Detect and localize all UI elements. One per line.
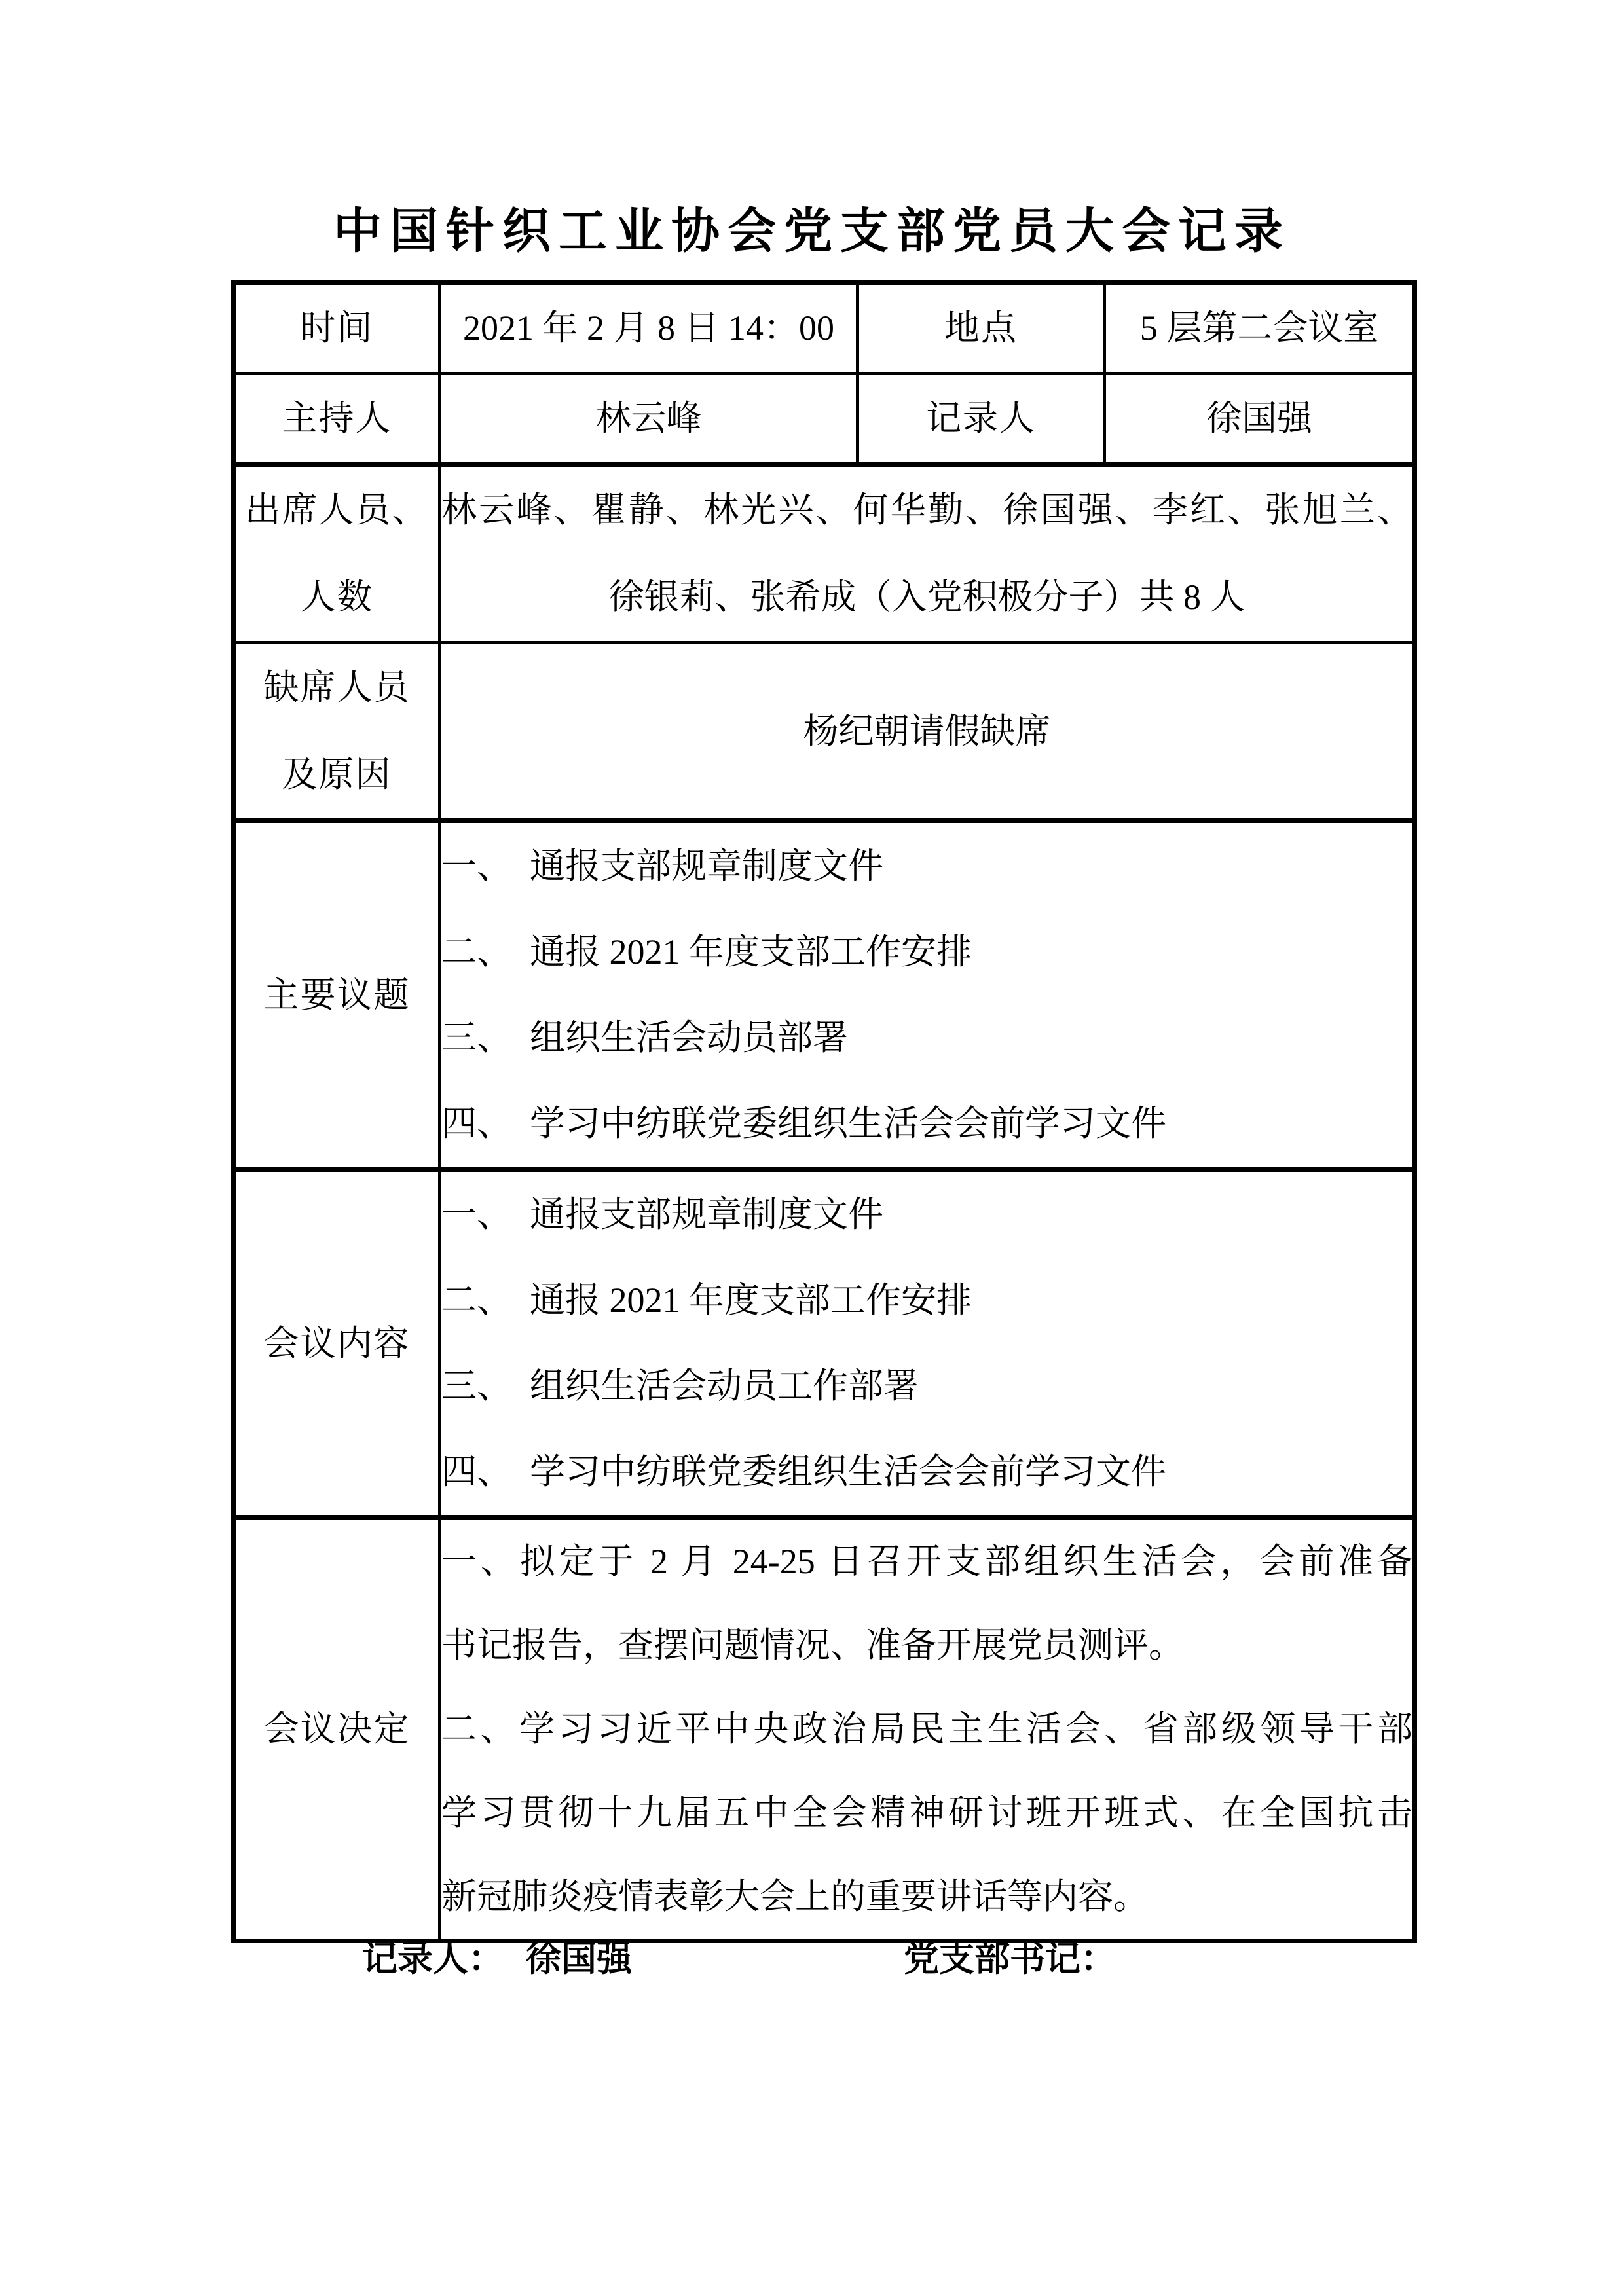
topics-list: 一、 通报支部规章制度文件 二、 通报 2021 年度支部工作安排 三、 组织生…: [440, 821, 1415, 1170]
decisions-line-1: 一、拟定于 2 月 24-25 日召开支部组织生活会，会前准备: [441, 1520, 1412, 1603]
decisions-line-2: 书记报告，查摆问题情况、准备开展党员测评。: [441, 1603, 1412, 1687]
signature-footer: 记录人：徐国强 党支部书记：: [0, 1922, 1624, 2001]
content-item-3: 三、 组织生活会动员工作部署: [441, 1343, 1412, 1429]
table-row-attendees: 出席人员、 人数 林云峰、瞿静、林光兴、何华勤、徐国强、李红、张旭兰、 徐银莉、…: [234, 465, 1415, 643]
table-row-topics: 主要议题 一、 通报支部规章制度文件 二、 通报 2021 年度支部工作安排 三…: [234, 821, 1415, 1170]
decisions-line-4: 学习贯彻十九届五中全会精神研讨班开班式、在全国抗击: [441, 1771, 1412, 1855]
content-item-1: 一、 通报支部规章制度文件: [441, 1172, 1412, 1258]
attendees-names-line1: 林云峰、瞿静、林光兴、何华勤、徐国强、李红、张旭兰、: [441, 467, 1412, 554]
table-row-host: 主持人 林云峰 记录人 徐国强: [234, 374, 1415, 465]
decisions-label: 会议决定: [234, 1518, 440, 1941]
table-row-time: 时间 2021 年 2 月 8 日 14：00 地点 5 层第二会议室: [234, 283, 1415, 374]
attendees-label: 出席人员、 人数: [234, 465, 440, 643]
footer-recorder-label: 记录人：: [362, 1939, 504, 1978]
host-value: 林云峰: [440, 374, 858, 465]
recorder-value: 徐国强: [1105, 374, 1415, 465]
place-value: 5 层第二会议室: [1105, 283, 1415, 374]
content-label: 会议内容: [234, 1170, 440, 1518]
time-value: 2021 年 2 月 8 日 14：00: [440, 283, 858, 374]
footer-recorder: 记录人：徐国强: [362, 1922, 632, 1995]
topics-label: 主要议题: [234, 821, 440, 1170]
attendees-label-line1: 出席人员、: [236, 467, 438, 554]
content-list: 一、 通报支部规章制度文件 二、 通报 2021 年度支部工作安排 三、 组织生…: [440, 1170, 1415, 1518]
absent-label: 缺席人员 及原因: [234, 643, 440, 821]
content-item-2: 二、 通报 2021 年度支部工作安排: [441, 1258, 1412, 1343]
absent-value: 杨纪朝请假缺席: [440, 643, 1415, 821]
table-row-decisions: 会议决定 一、拟定于 2 月 24-25 日召开支部组织生活会，会前准备 书记报…: [234, 1518, 1415, 1941]
attendees-label-line2: 人数: [236, 554, 438, 641]
table-row-content: 会议内容 一、 通报支部规章制度文件 二、 通报 2021 年度支部工作安排 三…: [234, 1170, 1415, 1518]
attendees-value: 林云峰、瞿静、林光兴、何华勤、徐国强、李红、张旭兰、 徐银莉、张希成（入党积极分…: [440, 465, 1415, 643]
footer-recorder-name: 徐国强: [526, 1939, 632, 1978]
topics-item-3: 三、 组织生活会动员部署: [441, 995, 1412, 1081]
topics-item-2: 二、 通报 2021 年度支部工作安排: [441, 909, 1412, 995]
time-label: 时间: [234, 283, 440, 374]
footer-secretary-label: 党支部书记：: [904, 1922, 1116, 1995]
table-row-absent: 缺席人员 及原因 杨纪朝请假缺席: [234, 643, 1415, 821]
absent-label-line1: 缺席人员: [236, 644, 438, 731]
document-page: 中国针织工业协会党支部党员大会记录 时间 2021 年 2 月 8 日 14：0…: [0, 0, 1624, 2296]
topics-item-1: 一、 通报支部规章制度文件: [441, 824, 1412, 909]
attendees-names-line2: 徐银莉、张希成（入党积极分子）共 8 人: [441, 554, 1412, 641]
absent-reason: 杨纪朝请假缺席: [441, 688, 1412, 775]
topics-item-4: 四、 学习中纺联党委组织生活会会前学习文件: [441, 1081, 1412, 1167]
place-label: 地点: [858, 283, 1105, 374]
recorder-label: 记录人: [858, 374, 1105, 465]
page-title: 中国针织工业协会党支部党员大会记录: [0, 204, 1624, 260]
content-item-4: 四、 学习中纺联党委组织生活会会前学习文件: [441, 1429, 1412, 1515]
absent-label-line2: 及原因: [236, 731, 438, 818]
host-label: 主持人: [234, 374, 440, 465]
meeting-record-table: 时间 2021 年 2 月 8 日 14：00 地点 5 层第二会议室 主持人 …: [231, 280, 1417, 1943]
decisions-text: 一、拟定于 2 月 24-25 日召开支部组织生活会，会前准备 书记报告，查摆问…: [440, 1518, 1415, 1941]
decisions-line-3: 二、学习习近平中央政治局民主生活会、省部级领导干部: [441, 1687, 1412, 1771]
